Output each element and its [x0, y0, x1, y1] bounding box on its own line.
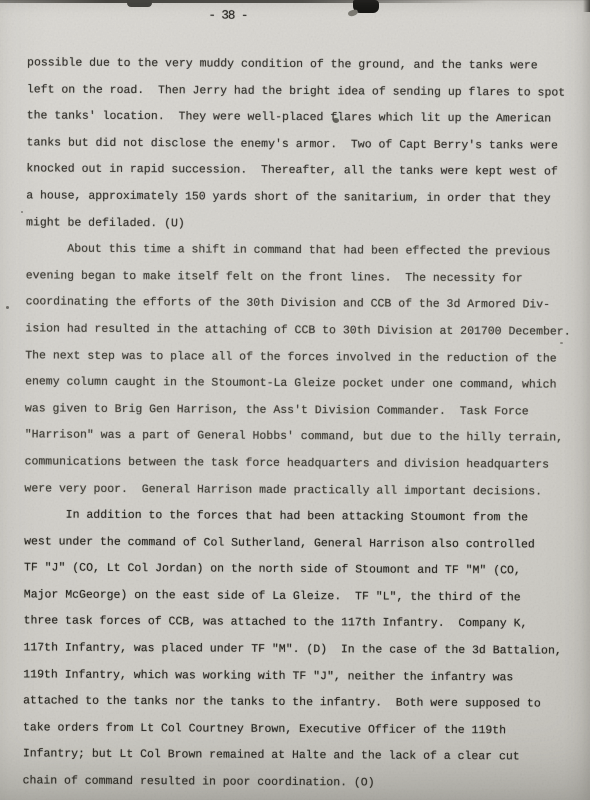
paragraph-3: In addition to the forces that had been …: [23, 502, 578, 798]
paragraph-1: possible due to the very muddy condition…: [26, 50, 580, 240]
text-line: tanks but did not disclose the enemy's a…: [26, 130, 579, 160]
document-page: - 38 - possible due to the very muddy co…: [0, 0, 590, 800]
page-number: - 38 -: [208, 8, 247, 22]
text-line: chain of command resulted in poor coordi…: [23, 768, 576, 798]
text-line: Infantry; but Lt Col Brown remained at H…: [23, 742, 576, 772]
text-line: About this time a shift in command that …: [26, 237, 579, 267]
text-line: knocked out in rapid succession. Thereaf…: [26, 157, 579, 187]
text-line: the tanks' location. They were well-plac…: [27, 104, 580, 134]
text-line: was given to Brig Gen Harrison, the Ass'…: [25, 396, 578, 426]
text-line: TF "J" (CO, Lt Col Jordan) on the north …: [24, 556, 577, 586]
text-line: take orders from Lt Col Courtney Brown, …: [23, 715, 576, 745]
document-body: possible due to the very muddy condition…: [23, 50, 581, 798]
text-line: left on the road. Then Jerry had the bri…: [27, 77, 580, 107]
text-line: coordinating the efforts of the 30th Div…: [26, 290, 579, 320]
text-line: communications between the task force he…: [25, 449, 578, 479]
text-line: In addition to the forces that had been …: [24, 502, 577, 532]
text-line: enemy column caught in the Stoumont-La G…: [25, 369, 578, 399]
text-line: 119th Infantry, which was working with T…: [23, 662, 576, 692]
text-line: 117th Infantry, was placed under TF "M".…: [23, 635, 576, 665]
text-line: three task forces of CCB, was attached t…: [24, 609, 577, 639]
paragraph-2: About this time a shift in command that …: [24, 237, 579, 506]
text-line: "Harrison" was a part of General Hobbs' …: [25, 423, 578, 453]
text-line: ision had resulted in the attaching of C…: [25, 316, 578, 346]
text-line: west under the command of Col Sutherland…: [24, 529, 577, 559]
text-line: attached to the tanks nor the tanks to t…: [23, 689, 576, 719]
text-line: were very poor. General Harrison made pr…: [24, 476, 577, 506]
text-line: possible due to the very muddy condition…: [27, 50, 580, 80]
scanned-text-layer: - 38 - possible due to the very muddy co…: [0, 0, 590, 800]
text-line: might be defiladed. (U): [26, 210, 579, 240]
text-line: evening began to make itself felt on the…: [26, 263, 579, 293]
text-line: Major McGeorge) on the east side of La G…: [24, 582, 577, 612]
text-line: The next step was to place all of the fo…: [25, 343, 578, 373]
text-line: a house, approximately 150 yards short o…: [26, 183, 579, 213]
